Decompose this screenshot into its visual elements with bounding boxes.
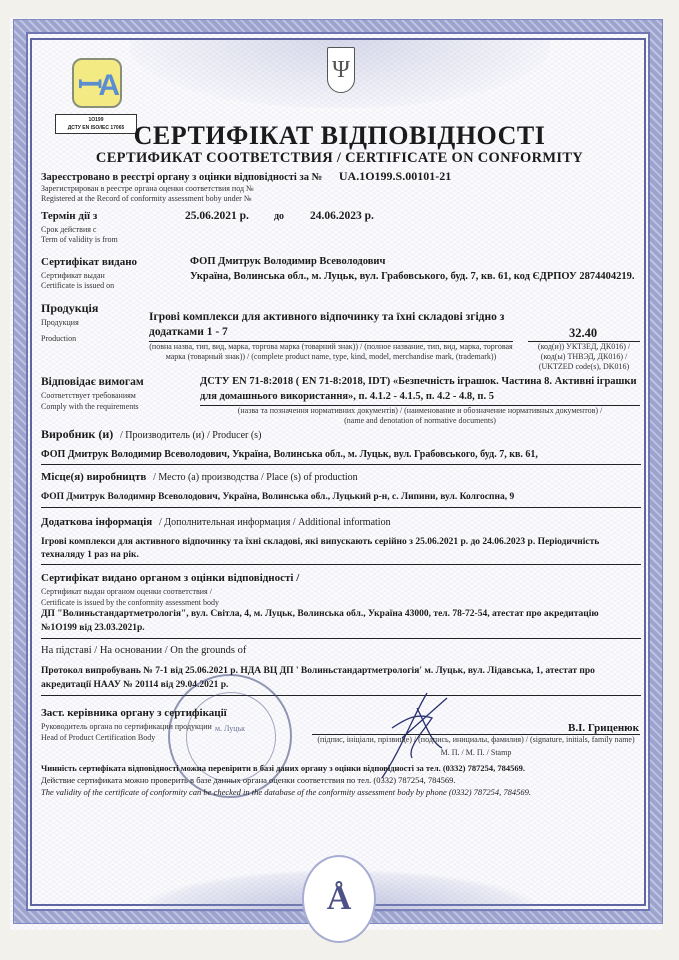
registration-label-en: Registered at the Record of conformity a… (41, 194, 251, 204)
validity-to: 24.06.2023 р. (310, 210, 374, 222)
code-caption-line3: (UKTZED code(s), DK016) (528, 362, 640, 372)
validity-label-ru: Срок действия с (41, 225, 96, 235)
issuer-label: Сертифікат видано органом з оцінки відпо… (41, 572, 299, 584)
validity-check-en: The validity of the certificate of confo… (41, 787, 531, 797)
validity-label: Термін дії з (41, 210, 97, 222)
additional-line2: техналяду 1 раз на рік. (41, 550, 139, 560)
requirements-caption-line2: (name and denotation of normative docume… (200, 416, 640, 426)
grounds-line1: Протокол випробувань № 7-1 від 25.06.202… (41, 666, 595, 676)
issued-to-address: Україна, Волинська обл., м. Луцьк, вул. … (190, 271, 634, 282)
product-caption-line2: марка (товарный знак)) / (complete produ… (149, 352, 513, 362)
validity-check-ru: Действие сертификата можно проверить в б… (41, 775, 456, 785)
code-caption-line2: (код(ы) ТНВЭД, ДК016) / (528, 352, 640, 362)
additional-heading: Додаткова інформація / Дополнительная ин… (41, 516, 391, 528)
stamp-caption: М. П. / М. П. / Stamp (312, 748, 640, 758)
product-label: Продукція (41, 301, 98, 316)
issuer-line2: №1О199 від 23.03.2021р. (41, 623, 145, 633)
certificate-subtitle: СЕРТИФИКАТ СООТВЕТСТВИЯ / CERTIFICATE ON… (0, 150, 679, 167)
product-name-line1: Ігрові комплекси для активного відпочинк… (149, 311, 504, 323)
issued-to-label: Сертифікат видано (41, 256, 137, 268)
metrology-emblem-icon: Å (302, 855, 376, 943)
code-caption-line1: (код(и)) УКТЗЕД, ДК016) / (528, 342, 640, 352)
place-value: ФОП Дмитрук Володимир Всеволодович, Укра… (41, 492, 514, 502)
issuer-line1: ДП "Волиньстандартметрологія", вул. Світ… (41, 609, 599, 619)
requirements-caption: (назва та позначення нормативних докумен… (200, 406, 640, 426)
certificate-title: СЕРТИФІКАТ ВІДПОВІДНОСТІ (0, 121, 679, 151)
issuer-label-en: Certificate is issued by the conformity … (41, 598, 219, 608)
signatory-label-en: Head of Product Certification Body (41, 733, 155, 743)
producer-value: ФОП Дмитрук Володимир Всеволодович, Укра… (41, 449, 538, 460)
producer-label-rest: / Производитель (и) / Producer (s) (120, 430, 261, 441)
issuer-underline (41, 638, 641, 639)
signatory-label: Заст. керівника органу з сертифікації (41, 707, 227, 719)
producer-heading: Виробник (и) / Производитель (и) / Produ… (41, 427, 261, 442)
signatory-label-ru: Руководитель органа по сертификации прод… (41, 722, 212, 732)
registration-row: Зареєстровано в реєстрі органу з оцінки … (41, 169, 451, 184)
issued-to-label-ru: Сертификат выдан (41, 271, 105, 281)
issued-to-name: ФОП Дмитрук Володимир Всеволодович (190, 256, 385, 267)
validity-label-en: Term of validity is from (41, 235, 118, 245)
place-label: Місце(я) виробництв (41, 471, 146, 483)
producer-label: Виробник (и) (41, 427, 113, 441)
product-code: 32.40 (569, 326, 597, 341)
additional-label: Додаткова інформація (41, 516, 152, 528)
registration-number: UA.1О199.S.00101-21 (339, 169, 451, 183)
coat-of-arms-icon: Ψ (327, 47, 355, 93)
place-heading: Місце(я) виробництв / Место (а) производ… (41, 471, 358, 483)
issued-to-label-en: Certificate is issued on (41, 281, 114, 291)
requirements-label: Відповідає вимогам (41, 376, 144, 388)
validity-to-label: до (274, 211, 284, 222)
product-label-ru: Продукция (41, 318, 79, 328)
signature-caption: (підпис, ініціали, прізвище) / (подпись,… (312, 735, 640, 745)
requirements-line1: ДСТУ EN 71-8:2018 ( EN 71-8:2018, IDT) «… (200, 376, 637, 387)
requirements-label-en: Comply with the requirements (41, 402, 139, 412)
place-underline (41, 507, 641, 508)
code-caption: (код(и)) УКТЗЕД, ДК016) / (код(ы) ТНВЭД,… (528, 342, 640, 372)
requirements-line2: для домашнього використання», п. 4.1.2 -… (200, 391, 494, 402)
additional-line1: Ігрові комплекси для активного відпочинк… (41, 537, 599, 547)
grounds-label: На підставі / На основании / On the grou… (41, 645, 246, 656)
requirements-label-ru: Соответствует требованиям (41, 391, 136, 401)
producer-underline (41, 464, 641, 465)
additional-underline (41, 564, 641, 565)
signatory-name: В.І. Гриценюк (568, 722, 639, 734)
product-name-line2: додатками 1 - 7 (149, 326, 228, 338)
registration-label-ru: Зарегистрирован в реестре органа оценки … (41, 184, 254, 194)
requirements-caption-line1: (назва та позначення нормативних докумен… (200, 406, 640, 416)
validity-from: 25.06.2021 р. (185, 210, 249, 222)
validity-check-ua: Чинність сертифіката відповідності можна… (41, 763, 525, 773)
product-caption: (повна назва, тип, вид, марка, торгова м… (149, 342, 513, 362)
issuer-label-ru: Сертификат выдан органом оценки соответс… (41, 587, 212, 597)
grounds-underline (41, 695, 641, 696)
accreditation-logo-icon: ꟷА (72, 58, 122, 108)
product-caption-line1: (повна назва, тип, вид, марка, торгова м… (149, 342, 513, 352)
additional-label-rest: / Дополнительная информация / Additional… (159, 517, 391, 528)
product-label-en: Production (41, 334, 76, 344)
place-label-rest: / Место (а) производства / Place (s) of … (153, 472, 358, 483)
registration-label: Зареєстровано в реєстрі органу з оцінки … (41, 172, 322, 183)
